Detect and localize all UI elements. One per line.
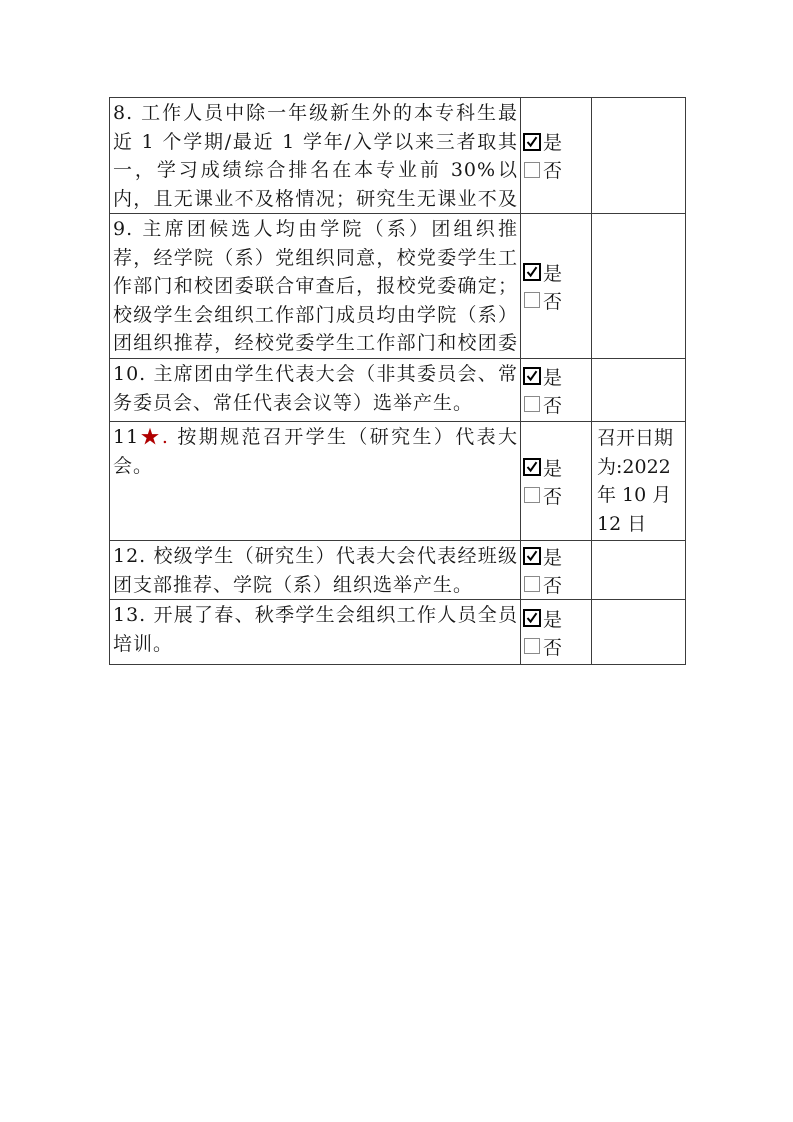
note-cell bbox=[592, 98, 686, 214]
no-option[interactable]: 否 bbox=[523, 390, 591, 418]
table-row: 11★. 按期规范召开学生（研究生）代表大会。 是 否 召开日期为:2022 年… bbox=[110, 422, 686, 541]
no-option[interactable]: 否 bbox=[523, 481, 591, 509]
table-row: 10. 主席团由学生代表大会（非其委员会、常务委员会、常任代表会议等）选举产生。… bbox=[110, 359, 686, 422]
table-row: 8. 工作人员中除一年级新生外的本专科生最近 1 个学期/最近 1 学年/入学以… bbox=[110, 98, 686, 214]
checkbox-unchecked-icon[interactable] bbox=[524, 487, 540, 503]
document-page: 8. 工作人员中除一年级新生外的本专科生最近 1 个学期/最近 1 学年/入学以… bbox=[0, 0, 793, 1122]
checkbox-group: 是 否 bbox=[521, 604, 591, 660]
checkbox-cell: 是 否 bbox=[521, 541, 592, 600]
checkbox-group: 是 否 bbox=[521, 453, 591, 509]
item-number: 11 bbox=[113, 426, 139, 448]
table-row: 9. 主席团候选人均由学院（系）团组织推荐，经学院（系）党组织同意，校党委学生工… bbox=[110, 214, 686, 359]
item-text: 8. 工作人员中除一年级新生外的本专科生最近 1 个学期/最近 1 学年/入学以… bbox=[110, 98, 520, 213]
checkbox-group: 是 否 bbox=[521, 258, 591, 314]
no-option[interactable]: 否 bbox=[523, 570, 591, 598]
note-text bbox=[592, 284, 685, 288]
note-text bbox=[592, 388, 685, 392]
no-label: 否 bbox=[543, 391, 562, 418]
star-icon: ★. bbox=[139, 426, 169, 448]
yes-label: 是 bbox=[543, 543, 562, 570]
yes-option[interactable]: 是 bbox=[523, 604, 591, 632]
checkbox-cell: 是 否 bbox=[521, 600, 592, 665]
checkbox-checked-icon[interactable] bbox=[523, 367, 541, 385]
yes-option[interactable]: 是 bbox=[523, 453, 591, 481]
note-text bbox=[592, 630, 685, 634]
item-text-cell: 10. 主席团由学生代表大会（非其委员会、常务委员会、常任代表会议等）选举产生。 bbox=[110, 359, 521, 422]
checkbox-checked-icon[interactable] bbox=[523, 133, 541, 151]
yes-label: 是 bbox=[543, 128, 562, 155]
yes-label: 是 bbox=[543, 363, 562, 390]
checkbox-unchecked-icon[interactable] bbox=[524, 292, 540, 308]
yes-label: 是 bbox=[543, 454, 562, 481]
table-row: 12. 校级学生（研究生）代表大会代表经班级团支部推荐、学院（系）组织选举产生。… bbox=[110, 541, 686, 600]
checkbox-cell: 是 否 bbox=[521, 359, 592, 422]
no-label: 否 bbox=[543, 287, 562, 314]
item-text-cell: 9. 主席团候选人均由学院（系）团组织推荐，经学院（系）党组织同意，校党委学生工… bbox=[110, 214, 521, 359]
checkbox-checked-icon[interactable] bbox=[523, 547, 541, 565]
item-text: 11★. 按期规范召开学生（研究生）代表大会。 bbox=[110, 422, 520, 480]
yes-option[interactable]: 是 bbox=[523, 258, 591, 286]
item-text-cell: 11★. 按期规范召开学生（研究生）代表大会。 bbox=[110, 422, 521, 541]
checkbox-checked-icon[interactable] bbox=[523, 458, 541, 476]
no-label: 否 bbox=[543, 633, 562, 660]
note-text: 召开日期为:2022 年 10 月 12 日 bbox=[592, 422, 685, 540]
yes-label: 是 bbox=[543, 259, 562, 286]
note-cell bbox=[592, 541, 686, 600]
no-label: 否 bbox=[543, 156, 562, 183]
item-text: 13. 开展了春、秋季学生会组织工作人员全员培训。 bbox=[110, 600, 520, 660]
checkbox-cell: 是 否 bbox=[521, 422, 592, 541]
checkbox-unchecked-icon[interactable] bbox=[524, 162, 540, 178]
checkbox-group: 是 否 bbox=[521, 362, 591, 418]
item-text-cell: 12. 校级学生（研究生）代表大会代表经班级团支部推荐、学院（系）组织选举产生。 bbox=[110, 541, 521, 600]
checkbox-group: 是 否 bbox=[521, 542, 591, 598]
yes-option[interactable]: 是 bbox=[523, 128, 591, 156]
no-option[interactable]: 否 bbox=[523, 156, 591, 184]
item-text-cell: 13. 开展了春、秋季学生会组织工作人员全员培训。 bbox=[110, 600, 521, 665]
no-option[interactable]: 否 bbox=[523, 286, 591, 314]
item-text: 12. 校级学生（研究生）代表大会代表经班级团支部推荐、学院（系）组织选举产生。 bbox=[110, 541, 520, 599]
note-cell bbox=[592, 214, 686, 359]
checkbox-unchecked-icon[interactable] bbox=[524, 576, 540, 592]
checklist-table: 8. 工作人员中除一年级新生外的本专科生最近 1 个学期/最近 1 学年/入学以… bbox=[109, 97, 686, 665]
note-cell bbox=[592, 359, 686, 422]
checkbox-unchecked-icon[interactable] bbox=[524, 638, 540, 654]
note-cell bbox=[592, 600, 686, 665]
checkbox-group: 是 否 bbox=[521, 128, 591, 184]
no-label: 否 bbox=[543, 482, 562, 509]
item-text-body: 按期规范召开学生（研究生）代表大会。 bbox=[113, 426, 518, 477]
checkbox-cell: 是 否 bbox=[521, 98, 592, 214]
yes-option[interactable]: 是 bbox=[523, 362, 591, 390]
item-text-cell: 8. 工作人员中除一年级新生外的本专科生最近 1 个学期/最近 1 学年/入学以… bbox=[110, 98, 521, 214]
checkbox-checked-icon[interactable] bbox=[523, 609, 541, 627]
item-text: 10. 主席团由学生代表大会（非其委员会、常务委员会、常任代表会议等）选举产生。 bbox=[110, 359, 520, 417]
note-text bbox=[592, 154, 685, 158]
table-row: 13. 开展了春、秋季学生会组织工作人员全员培训。 是 否 bbox=[110, 600, 686, 665]
checkbox-unchecked-icon[interactable] bbox=[524, 396, 540, 412]
checkbox-checked-icon[interactable] bbox=[523, 263, 541, 281]
yes-option[interactable]: 是 bbox=[523, 542, 591, 570]
note-text bbox=[592, 568, 685, 572]
no-option[interactable]: 否 bbox=[523, 632, 591, 660]
note-cell: 召开日期为:2022 年 10 月 12 日 bbox=[592, 422, 686, 541]
yes-label: 是 bbox=[543, 605, 562, 632]
checkbox-cell: 是 否 bbox=[521, 214, 592, 359]
no-label: 否 bbox=[543, 571, 562, 598]
item-text: 9. 主席团候选人均由学院（系）团组织推荐，经学院（系）党组织同意，校党委学生工… bbox=[110, 214, 520, 358]
